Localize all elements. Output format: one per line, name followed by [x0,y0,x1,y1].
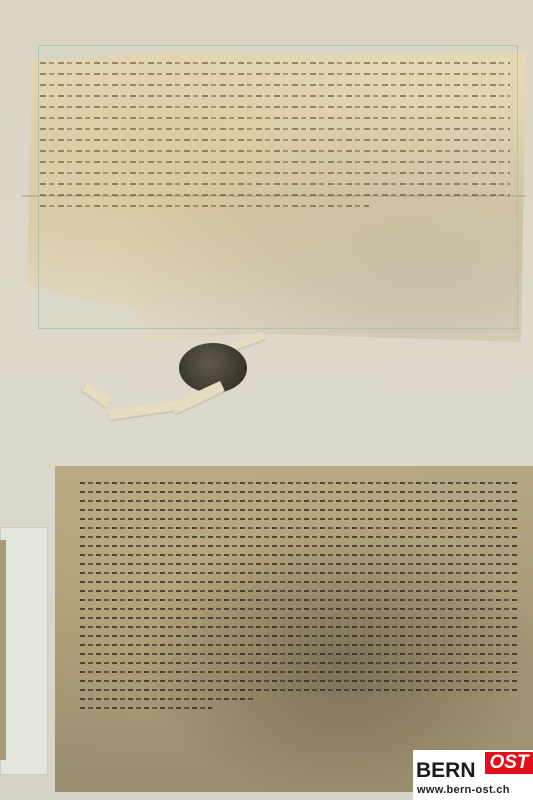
bern-ost-watermark: BERN OST www.bern-ost.ch [413,750,533,800]
seal-ribbon [82,382,112,407]
seal-ribbon [108,400,179,420]
side-document-edge [0,540,6,760]
watermark-brand-ost: OST [485,752,533,774]
watermark-brand-bern: BERN [416,759,476,783]
museum-photo [0,0,533,800]
display-glass [38,45,518,329]
lower-charter-script [80,482,520,716]
side-display-frame [0,527,48,775]
watermark-url: www.bern-ost.ch [417,784,510,796]
